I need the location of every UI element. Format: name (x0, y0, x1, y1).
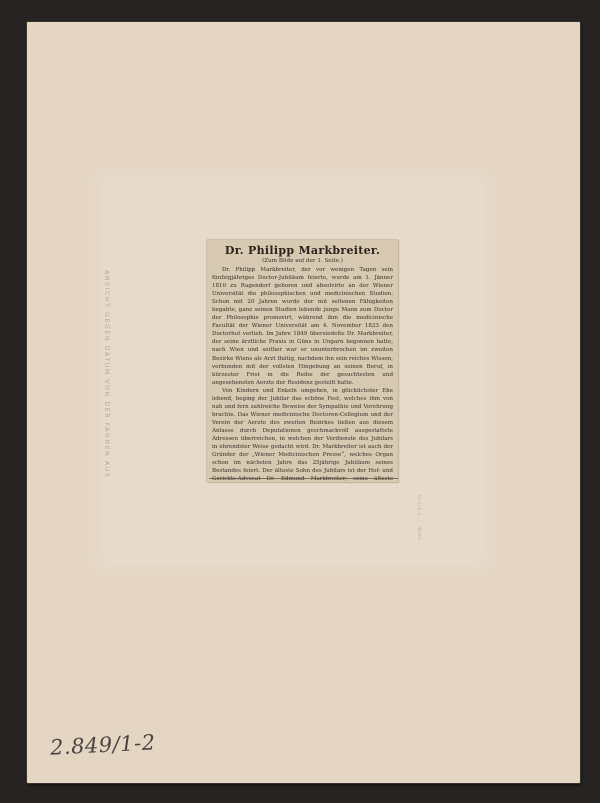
newspaper-clipping: Dr. Philipp Markbreiter. (Zum Bilde auf … (207, 240, 398, 482)
clipping-paragraph: Dr. Philipp Markbreiter, der vor wenigen… (212, 266, 393, 387)
vertical-imprint-right: Druck v. ... Wien (411, 495, 421, 540)
clipping-subtitle: (Zum Bilde auf der 1. Seite.) (212, 258, 393, 264)
clipping-paragraph: Von Kindern und Enkeln umgeben, in glück… (212, 387, 393, 482)
clipping-body: Dr. Philipp Markbreiter, der vor wenigen… (212, 266, 393, 482)
clipping-title: Dr. Philipp Markbreiter. (212, 244, 393, 257)
vertical-imprint-left: ANSICHT GEGEN DATUM VON DER FAHNEN AUS (98, 270, 110, 490)
clipping-bottom-rule (209, 478, 398, 479)
